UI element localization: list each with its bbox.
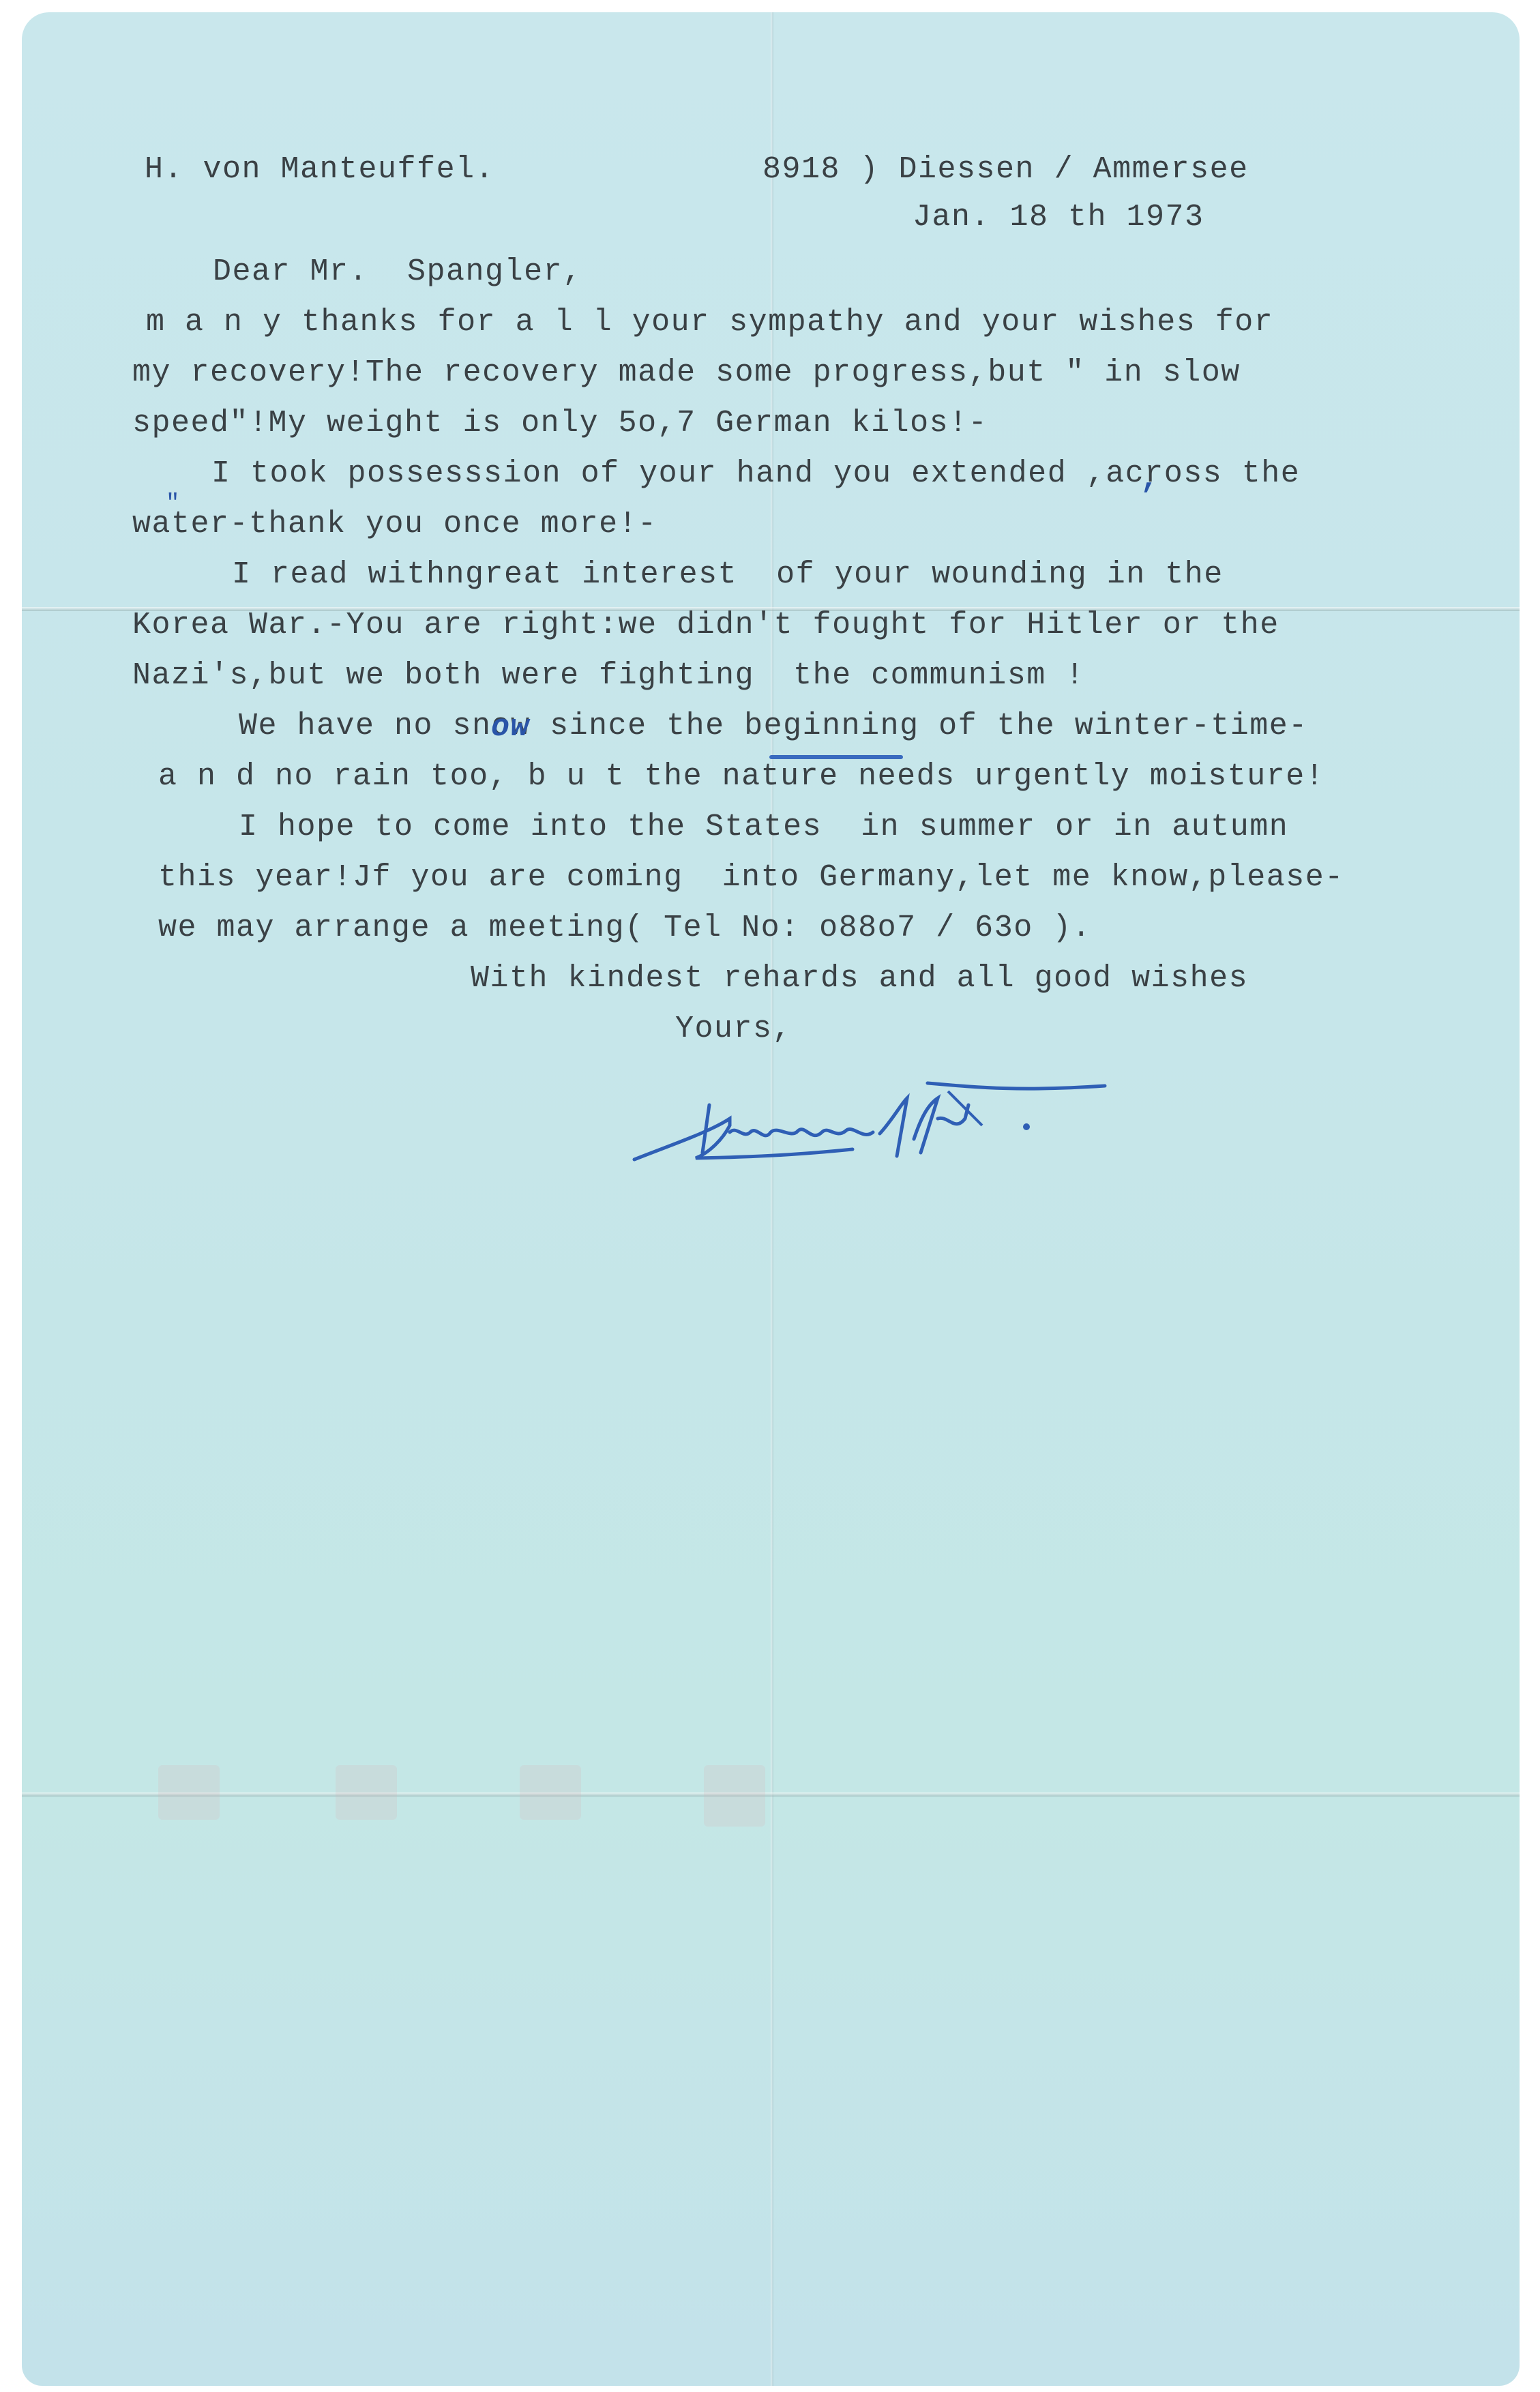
body-line: We have no snow since the beginning of t…	[239, 708, 1308, 745]
underline-mark	[769, 755, 903, 759]
body-line: Nazi's,but we both were fighting the com…	[132, 658, 1085, 694]
pen-quote-mark: "	[166, 486, 181, 522]
body-line: we may arrange a meeting( Tel No: o88o7 …	[158, 910, 1091, 947]
paper-stain	[336, 1765, 397, 1820]
body-line: water-thank you once more!-	[132, 506, 657, 543]
pen-snow-correction: ow	[491, 709, 530, 746]
horizontal-fold-line-bottom	[22, 1792, 1520, 1797]
handwritten-signature	[627, 1078, 1146, 1166]
body-line: I took possesssion of your hand you exte…	[211, 456, 1300, 492]
body-line: this year!Jf you are coming into Germany…	[158, 859, 1344, 896]
sign-off: Yours,	[675, 1011, 792, 1048]
body-line: speed"!My weight is only 5o,7 German kil…	[132, 405, 988, 442]
letter-date: Jan. 18 th 1973	[913, 199, 1204, 236]
paper-stain	[158, 1765, 220, 1820]
body-line: I read withngreat interest of your wound…	[232, 557, 1224, 593]
salutation: Dear Mr. Spangler,	[213, 254, 582, 291]
pen-comma-mark: ,	[1140, 461, 1160, 498]
body-line: I hope to come into the States in summer…	[239, 809, 1288, 846]
paper-stain	[520, 1765, 581, 1820]
body-line: Korea War.-You are right:we didn't fough…	[132, 607, 1279, 644]
body-line: a n d no rain too, b u t the nature need…	[158, 758, 1324, 795]
sender-name: H. von Manteuffel.	[145, 151, 494, 188]
closing-line: With kindest rehards and all good wishes	[471, 960, 1248, 997]
body-line: my recovery!The recovery made some progr…	[132, 355, 1241, 392]
sender-address: 8918 ) Diessen / Ammersee	[762, 151, 1249, 188]
body-line: m a n y thanks for a l l your sympathy a…	[146, 304, 1273, 341]
paper-stain	[704, 1765, 765, 1827]
